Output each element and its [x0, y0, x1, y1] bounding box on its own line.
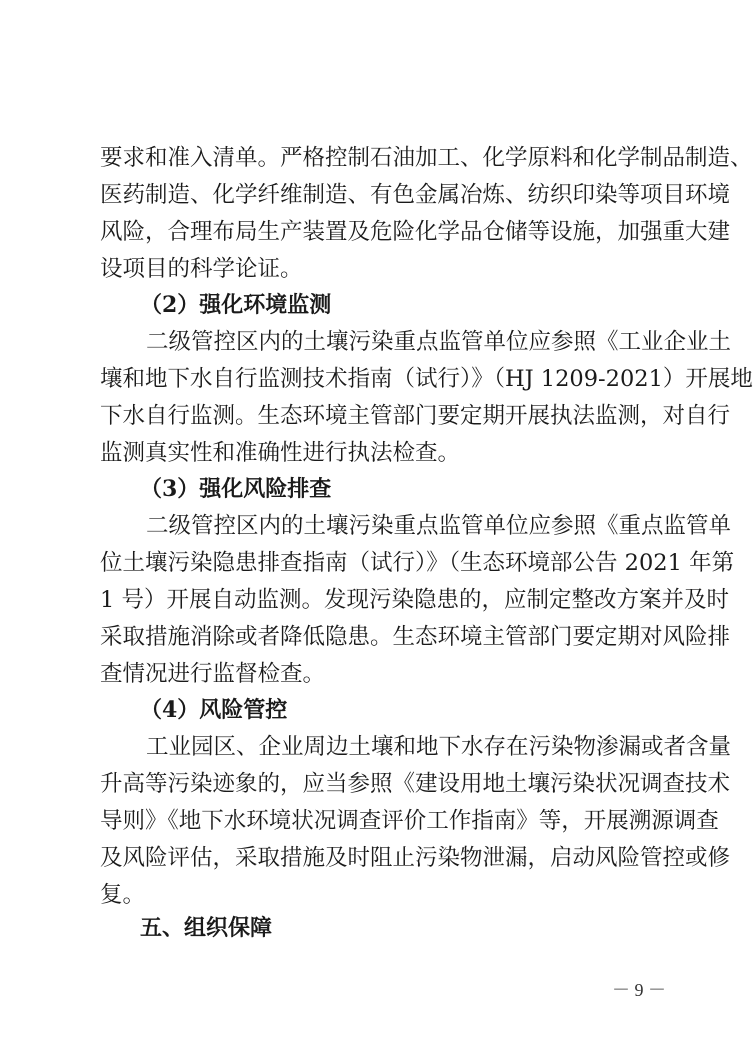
body-line: 1 号）开展自动监测。发现污染隐患的，应制定整改方案并及时: [100, 585, 656, 615]
subheading-risk-inspection: （3）强化风险排查: [140, 474, 331, 504]
body-line: 位土壤污染隐患排查指南（试行）》（生态环境部公告 2021 年第: [100, 548, 656, 578]
body-line: 风险，合理布局生产装置及危险化学品仓储等设施，加强重大建: [100, 217, 656, 247]
body-line: 医药制造、化学纤维制造、有色金属冶炼、纺织印染等项目环境: [100, 180, 656, 210]
body-line: 二级管控区内的土壤污染重点监管单位应参照《工业企业土: [146, 327, 656, 357]
section-heading-organization: 五、组织保障: [140, 914, 272, 944]
body-line: 监测真实性和准确性进行执法检查。: [100, 438, 656, 468]
body-line: 查情况进行监督检查。: [100, 659, 656, 689]
body-line: 及风险评估，采取措施及时阻止污染物泄漏，启动风险管控或修: [100, 843, 656, 873]
body-line: 下水自行监测。生态环境主管部门要定期开展执法监测，对自行: [100, 401, 656, 431]
body-line: 升高等污染迹象的，应当参照《建设用地土壤污染状况调查技术: [100, 769, 656, 799]
subheading-risk-control: （4）风险管控: [140, 695, 287, 725]
body-line: 导则》《地下水环境状况调查评价工作指南》等，开展溯源调查: [100, 806, 656, 836]
body-line: 二级管控区内的土壤污染重点监管单位应参照《重点监管单: [146, 511, 656, 541]
body-line: 设项目的科学论证。: [100, 254, 656, 284]
subheading-monitoring: （2）强化环境监测: [140, 290, 331, 320]
body-line: 复。: [100, 880, 656, 910]
body-line: 要求和准入清单。严格控制石油加工、化学原料和化学制品制造、: [100, 143, 656, 173]
body-line: 工业园区、企业周边土壤和地下水存在污染物渗漏或者含量: [146, 732, 656, 762]
body-line: 采取措施消除或者降低隐患。生态环境主管部门要定期对风险排: [100, 622, 656, 652]
document-page: 要求和准入清单。严格控制石油加工、化学原料和化学制品制造、 医药制造、化学纤维制…: [0, 0, 753, 1064]
page-number: － 9 －: [612, 978, 666, 1002]
body-line: 壤和地下水自行监测技术指南（试行）》（HJ 1209-2021）开展地: [100, 364, 656, 394]
